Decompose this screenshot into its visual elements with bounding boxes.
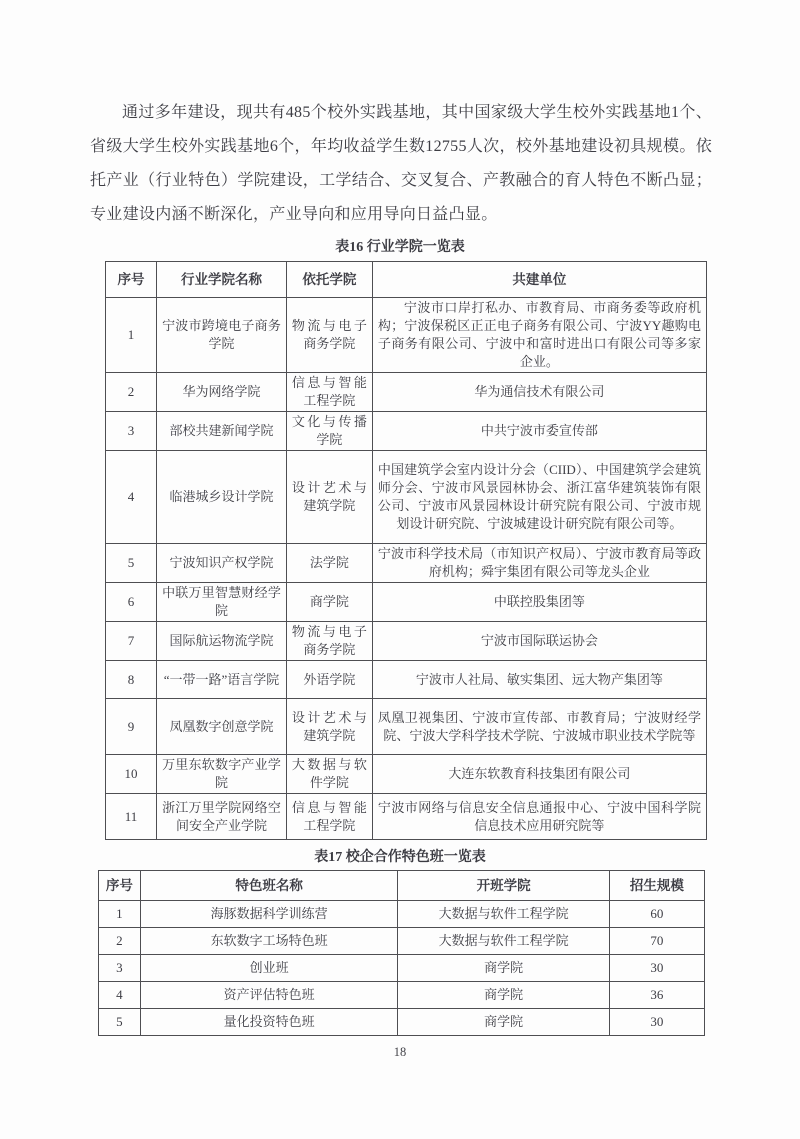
cell-college-name: “一带一路”语言学院 [157,661,287,699]
table17-header-row: 序号 特色班名称 开班学院 招生规模 [99,871,705,901]
cell-college-name: 万里东软数字产业学院 [157,755,287,794]
cell-seq: 2 [106,373,157,412]
cell-host-college: 物流与电子商务学院 [286,622,372,661]
table-row: 1 海豚数据科学训练营 大数据与软件工程学院 60 [99,901,705,928]
cell-seq: 1 [106,298,157,373]
cell-partners: 宁波市网络与信息安全信息通报中心、宁波中国科学院信息技术应用研究院等 [372,794,706,840]
cell-seq: 2 [99,928,141,955]
document-page: 通过多年建设，现共有485个校外实践基地，其中国家级大学生校外实践基地1个、省级… [0,0,800,1139]
header-cell-college: 开班学院 [398,871,609,901]
cell-college-name: 宁波知识产权学院 [157,544,287,583]
header-cell-host-college: 依托学院 [286,262,372,298]
cell-seq: 1 [99,901,141,928]
cell-college: 大数据与软件工程学院 [398,901,609,928]
table-row: 8 “一带一路”语言学院 外语学院 宁波市人社局、敏实集团、远大物产集团等 [106,661,707,699]
cell-enrollment: 30 [609,1009,704,1036]
cell-college-name: 凤凰数字创意学院 [157,699,287,755]
table-row: 10 万里东软数字产业学院 大数据与软件学院 大连东软教育科技集团有限公司 [106,755,707,794]
table-row: 6 中联万里智慧财经学院 商学院 中联控股集团等 [106,583,707,622]
cell-partners: 宁波市人社局、敏实集团、远大物产集团等 [372,661,706,699]
table-row: 5 量化投资特色班 商学院 30 [99,1009,705,1036]
cell-host-college: 物流与电子商务学院 [286,298,372,373]
table-row: 2 华为网络学院 信息与智能工程学院 华为通信技术有限公司 [106,373,707,412]
special-classes-table: 序号 特色班名称 开班学院 招生规模 1 海豚数据科学训练营 大数据与软件工程学… [98,870,705,1036]
cell-host-college: 信息与智能工程学院 [286,373,372,412]
cell-college: 商学院 [398,982,609,1009]
cell-enrollment: 36 [609,982,704,1009]
cell-college-name: 华为网络学院 [157,373,287,412]
cell-partners: 大连东软教育科技集团有限公司 [372,755,706,794]
cell-seq: 6 [106,583,157,622]
table16-header-row: 序号 行业学院名称 依托学院 共建单位 [106,262,707,298]
page-number: 18 [0,1045,800,1060]
cell-seq: 9 [106,699,157,755]
cell-partners: 宁波市国际联运协会 [372,622,706,661]
table-row: 2 东软数字工场特色班 大数据与软件工程学院 70 [99,928,705,955]
cell-host-college: 大数据与软件学院 [286,755,372,794]
table-row: 9 凤凰数字创意学院 设计艺术与建筑学院 凤凰卫视集团、宁波市宣传部、市教育局；… [106,699,707,755]
cell-host-college: 商学院 [286,583,372,622]
table-row: 5 宁波知识产权学院 法学院 宁波市科学技术局（市知识产权局）、宁波市教育局等政… [106,544,707,583]
cell-seq: 5 [99,1009,141,1036]
cell-college-name: 中联万里智慧财经学院 [157,583,287,622]
body-paragraph: 通过多年建设，现共有485个校外实践基地，其中国家级大学生校外实践基地1个、省级… [90,96,712,232]
cell-college-name: 临港城乡设计学院 [157,451,287,544]
header-cell-enrollment: 招生规模 [609,871,704,901]
cell-host-college: 法学院 [286,544,372,583]
cell-enrollment: 70 [609,928,704,955]
cell-host-college: 外语学院 [286,661,372,699]
cell-class-name: 量化投资特色班 [140,1009,398,1036]
cell-college-name: 国际航运物流学院 [157,622,287,661]
cell-host-college: 文化与传播学院 [286,412,372,451]
cell-seq: 3 [99,955,141,982]
cell-partners: 宁波市口岸打私办、市教育局、市商务委等政府机构；宁波保税区正正电子商务有限公司、… [372,298,706,373]
cell-seq: 4 [99,982,141,1009]
cell-seq: 8 [106,661,157,699]
cell-seq: 5 [106,544,157,583]
header-cell-class-name: 特色班名称 [140,871,398,901]
table16-title: 表16 行业学院一览表 [0,239,800,257]
table-row: 3 创业班 商学院 30 [99,955,705,982]
cell-college-name: 宁波市跨境电子商务学院 [157,298,287,373]
industry-colleges-table: 序号 行业学院名称 依托学院 共建单位 1 宁波市跨境电子商务学院 物流与电子商… [105,261,707,840]
cell-college: 大数据与软件工程学院 [398,928,609,955]
cell-seq: 4 [106,451,157,544]
cell-college-name: 浙江万里学院网络空间安全产业学院 [157,794,287,840]
table-row: 7 国际航运物流学院 物流与电子商务学院 宁波市国际联运协会 [106,622,707,661]
table-row: 4 临港城乡设计学院 设计艺术与建筑学院 中国建筑学会室内设计分会（CIID）、… [106,451,707,544]
cell-class-name: 创业班 [140,955,398,982]
cell-host-college: 设计艺术与建筑学院 [286,451,372,544]
cell-host-college: 设计艺术与建筑学院 [286,699,372,755]
cell-college: 商学院 [398,955,609,982]
cell-partners: 中联控股集团等 [372,583,706,622]
table-row: 1 宁波市跨境电子商务学院 物流与电子商务学院 宁波市口岸打私办、市教育局、市商… [106,298,707,373]
table-row: 3 部校共建新闻学院 文化与传播学院 中共宁波市委宣传部 [106,412,707,451]
cell-partners: 华为通信技术有限公司 [372,373,706,412]
cell-seq: 11 [106,794,157,840]
header-cell-college-name: 行业学院名称 [157,262,287,298]
header-cell-seq: 序号 [99,871,141,901]
table17-title: 表17 校企合作特色班一览表 [0,849,800,867]
cell-partners: 中国建筑学会室内设计分会（CIID）、中国建筑学会建筑师分会、宁波市风景园林协会… [372,451,706,544]
cell-enrollment: 60 [609,901,704,928]
cell-seq: 3 [106,412,157,451]
cell-class-name: 资产评估特色班 [140,982,398,1009]
cell-partners: 中共宁波市委宣传部 [372,412,706,451]
cell-enrollment: 30 [609,955,704,982]
header-cell-seq: 序号 [106,262,157,298]
table-row: 11 浙江万里学院网络空间安全产业学院 信息与智能工程学院 宁波市网络与信息安全… [106,794,707,840]
cell-class-name: 东软数字工场特色班 [140,928,398,955]
cell-class-name: 海豚数据科学训练营 [140,901,398,928]
cell-seq: 7 [106,622,157,661]
header-cell-partners: 共建单位 [372,262,706,298]
table-row: 4 资产评估特色班 商学院 36 [99,982,705,1009]
cell-college-name: 部校共建新闻学院 [157,412,287,451]
cell-partners: 宁波市科学技术局（市知识产权局）、宁波市教育局等政府机构；舜宇集团有限公司等龙头… [372,544,706,583]
cell-host-college: 信息与智能工程学院 [286,794,372,840]
cell-college: 商学院 [398,1009,609,1036]
cell-seq: 10 [106,755,157,794]
cell-partners: 凤凰卫视集团、宁波市宣传部、市教育局；宁波财经学院、宁波大学科学技术学院、宁波城… [372,699,706,755]
